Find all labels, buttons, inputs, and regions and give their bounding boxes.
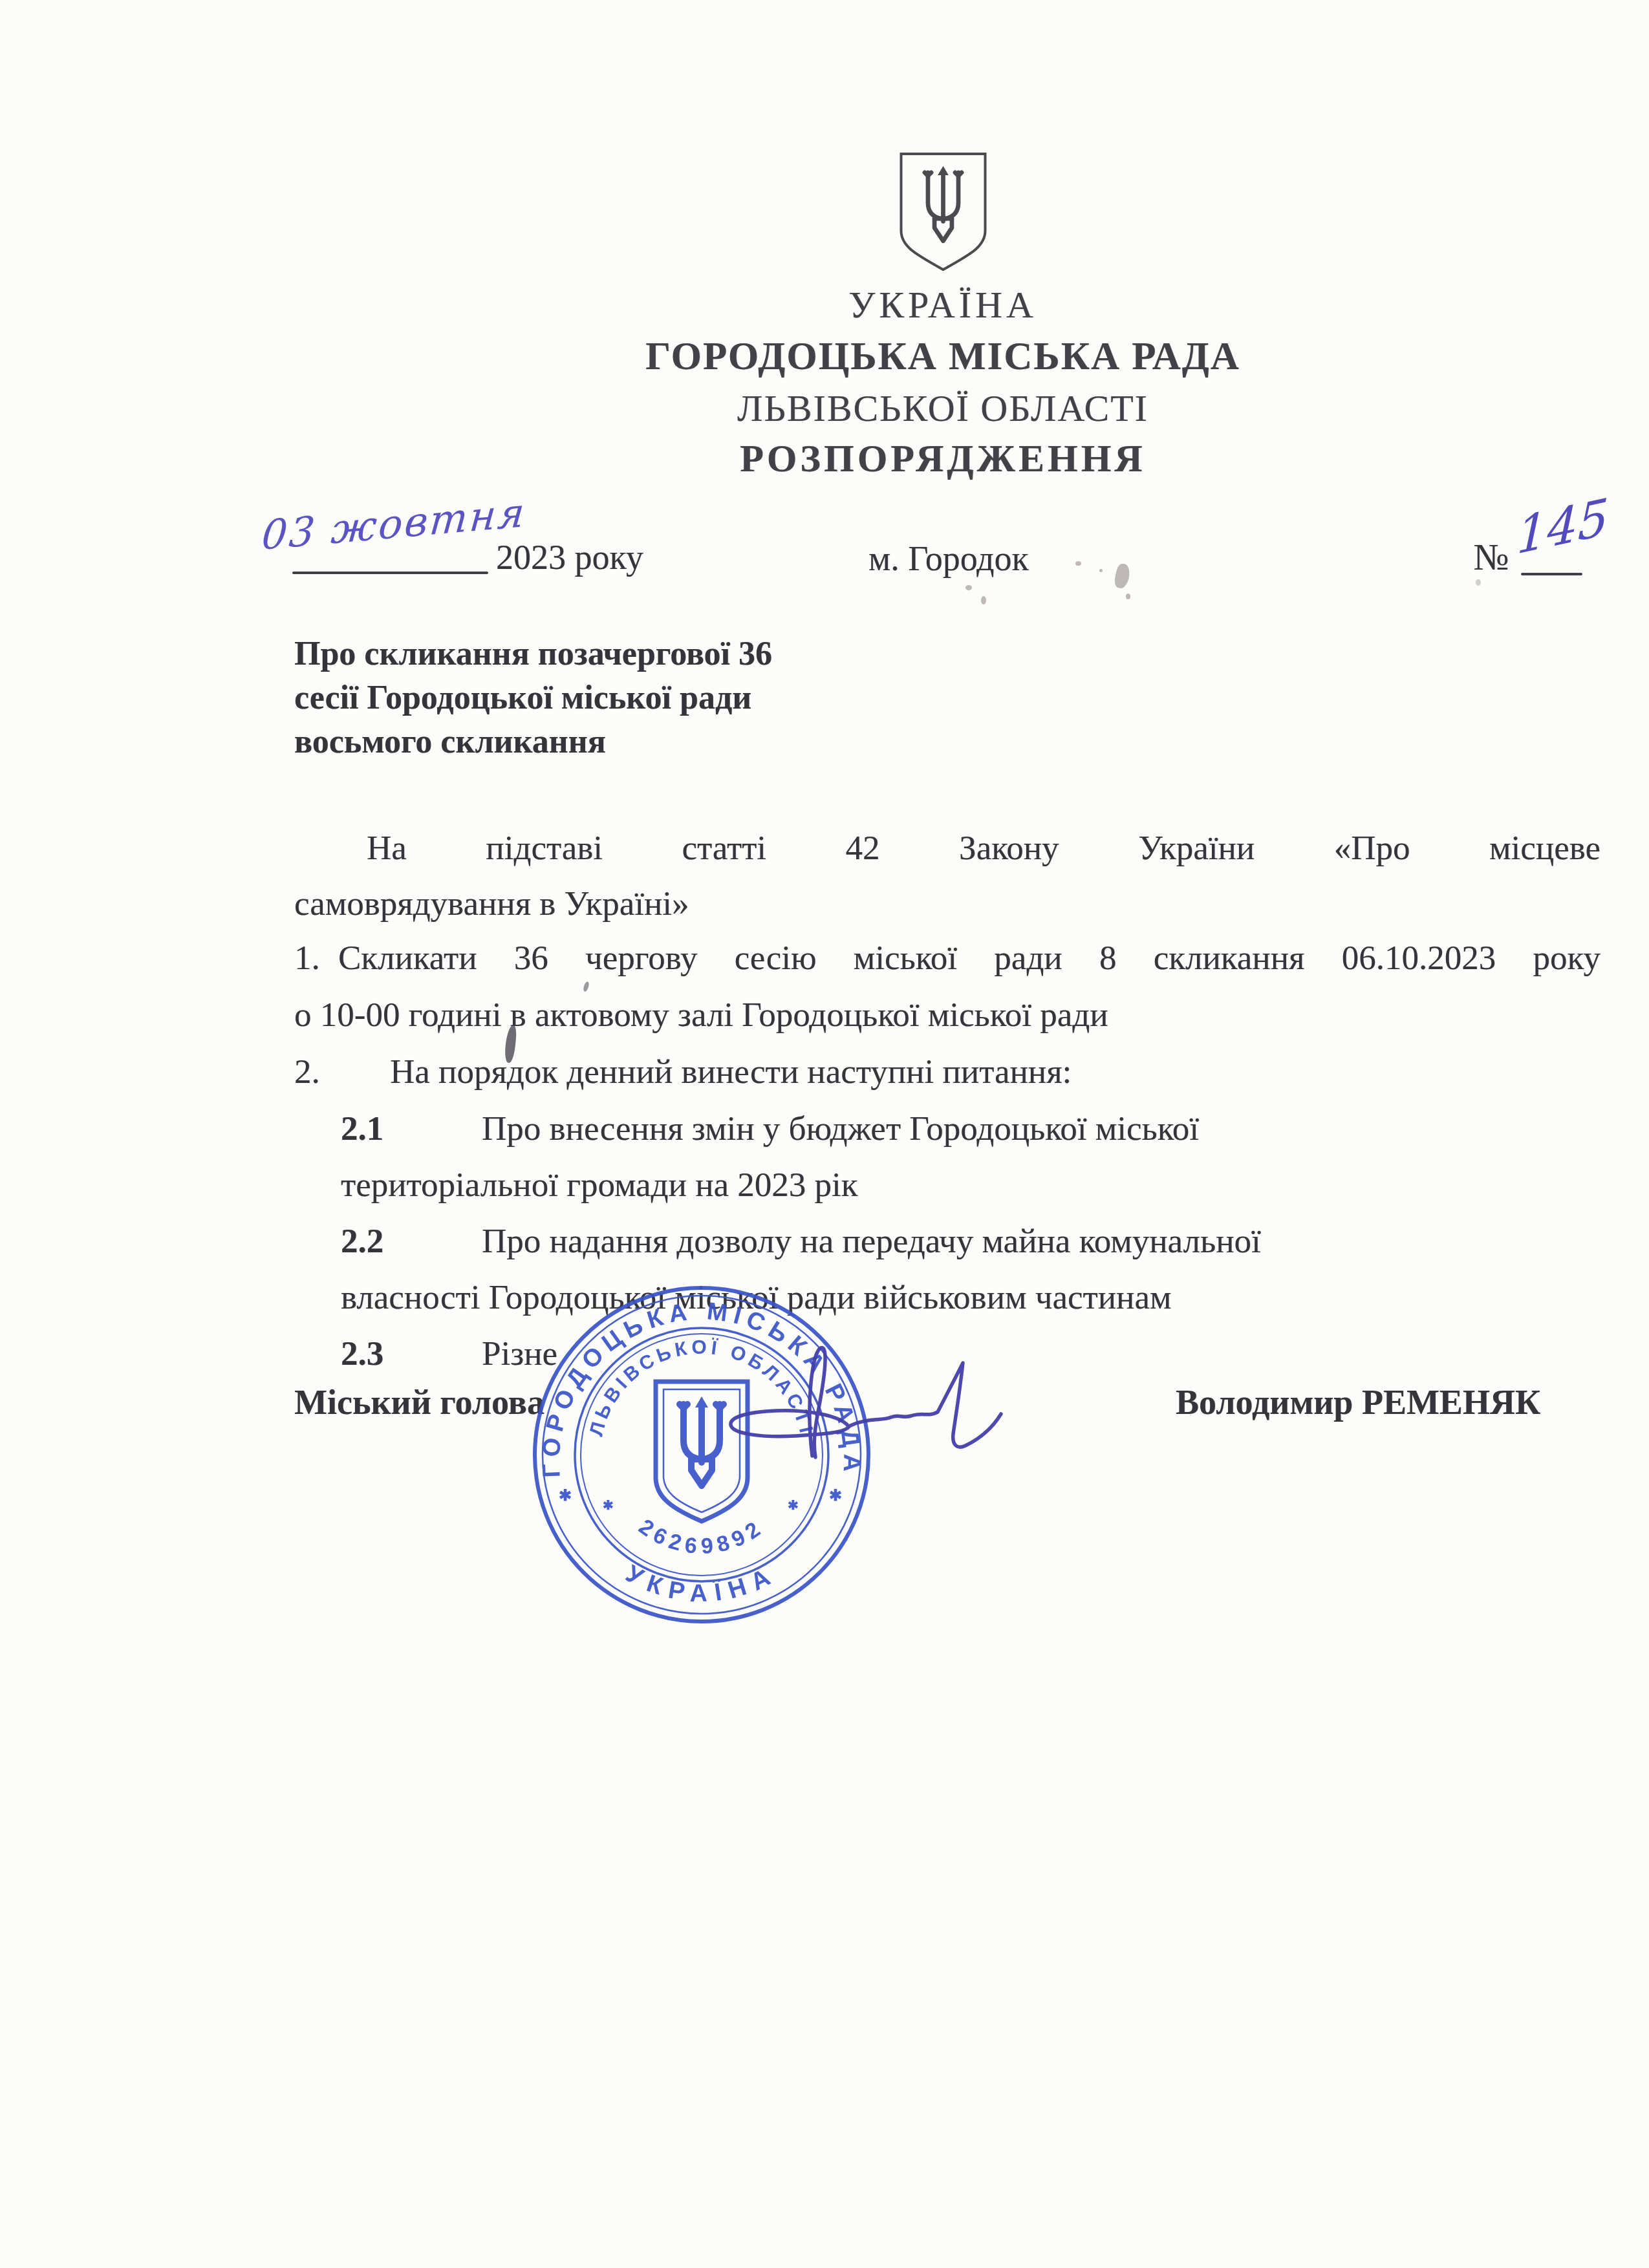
signer-title: Міський голова	[294, 1382, 544, 1422]
stamp-star-icon: ✱	[829, 1487, 842, 1504]
list-item-number: 2.1	[341, 1109, 482, 1148]
mayor-signature	[698, 1319, 1035, 1468]
document-type-title: РОЗПОРЯДЖЕННЯ	[264, 436, 1622, 481]
list-item-1-line-1: 1.Скликати 36 чергову сесію міської ради…	[294, 939, 1600, 978]
coat-of-arms-emblem	[898, 151, 989, 273]
number-sign: №	[1473, 535, 1509, 579]
list-item-number: 2.	[294, 1053, 390, 1091]
intro-paragraph-line-2: самоврядування в Україні»	[294, 884, 689, 923]
handwritten-number: 145	[1516, 487, 1610, 566]
subject-line-3: восьмого скликання	[294, 723, 606, 761]
list-item-1-line-2: о 10-00 годині в актовому залі Городоцьк…	[294, 996, 1108, 1034]
place-name: м. Городок	[868, 539, 1029, 579]
subject-line-1: Про скликання позачергової 36	[294, 635, 772, 673]
list-item-2-2-line-1: 2.2Про надання дозволу на передачу майна…	[341, 1222, 1261, 1261]
list-item-2-3: 2.3Різне	[341, 1334, 557, 1373]
date-year: 2023 року	[496, 537, 643, 577]
stamp-text-country: УКРАЇНА	[621, 1560, 782, 1607]
stray-mark	[583, 981, 590, 992]
trident-icon	[925, 166, 962, 241]
stamp-star-icon: ✱	[559, 1487, 572, 1504]
list-item-text: Про надання дозволу на передачу майна ко…	[482, 1223, 1261, 1260]
stamp-star-icon: ✱	[603, 1499, 614, 1513]
date-underline	[292, 572, 488, 574]
intro-paragraph-line-1: На підставі статті 42 Закону України «Пр…	[294, 829, 1600, 868]
handwritten-date: 03 жовтня	[260, 488, 528, 559]
scan-speck	[965, 585, 972, 590]
list-item-text: Про внесення змін у бюджет Городоцької м…	[482, 1110, 1199, 1148]
letterhead: УКРАЇНА ГОРОДОЦЬКА МІСЬКА РАДА ЛЬВІВСЬКО…	[264, 283, 1622, 481]
list-item-number: 2.2	[341, 1222, 482, 1261]
number-underline	[1521, 573, 1582, 575]
list-item-text: Скликати 36 чергову сесію міської ради 8…	[338, 939, 1600, 977]
stamp-star-icon: ✱	[788, 1499, 799, 1513]
list-item-text: На порядок денний винести наступні питан…	[390, 1053, 1072, 1091]
list-item-2-1-line-1: 2.1Про внесення змін у бюджет Городоцько…	[341, 1109, 1199, 1148]
org-name: ГОРОДОЦЬКА МІСЬКА РАДА	[264, 334, 1622, 380]
list-item-2-1-line-2: територіальної громади на 2023 рік	[341, 1166, 858, 1204]
list-item-2-line-1: 2.На порядок денний винести наступні пит…	[294, 1053, 1072, 1091]
scan-speck	[1126, 594, 1130, 599]
list-item-number: 1.	[294, 939, 338, 978]
scan-speck	[981, 596, 986, 604]
country-name: УКРАЇНА	[264, 283, 1622, 326]
svg-text:УКРАЇНА: УКРАЇНА	[621, 1560, 782, 1607]
list-item-number: 2.3	[341, 1334, 482, 1373]
org-region: ЛЬВІВСЬКОЇ ОБЛАСТІ	[264, 387, 1622, 430]
scan-speck	[1476, 579, 1481, 586]
scan-speck	[1075, 561, 1081, 566]
signer-name: Володимир РЕМЕНЯК	[1176, 1382, 1540, 1422]
scan-speck	[1099, 569, 1103, 572]
subject-line-2: сесії Городоцької міської ради	[294, 679, 751, 717]
scan-smudge	[1113, 562, 1131, 590]
